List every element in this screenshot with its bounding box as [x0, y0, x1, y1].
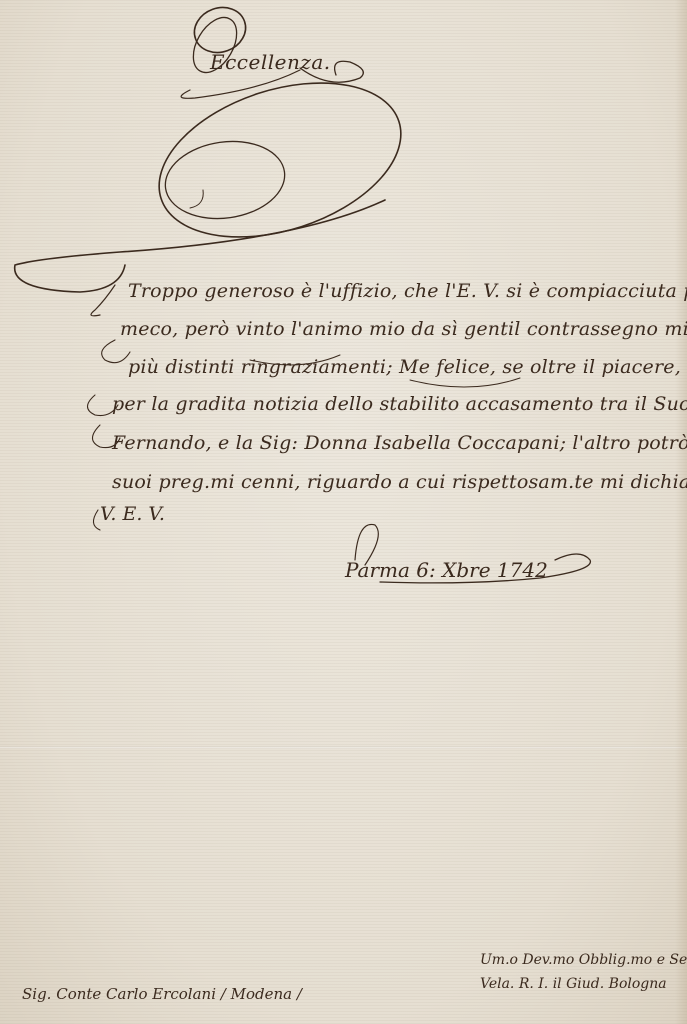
body-line-2: meco, però vinto l'animo mio da sì genti…	[120, 318, 687, 340]
body-line-1: Troppo generoso è l'uffizio, che l'E. V.…	[128, 280, 687, 302]
dateline: Parma 6: Xbre 1742	[345, 558, 548, 582]
signature-line-2: Vela. R. I. il Giud. Bologna	[480, 972, 687, 996]
paper-edge-shadow	[675, 0, 687, 1024]
recipient-address: Sig. Conte Carlo Ercolani / Modena /	[22, 985, 302, 1003]
body-line-5: Fernando, e la Sig: Donna Isabella Cocca…	[112, 432, 687, 454]
body-line-4: per la gradita notizia dello stabilito a…	[112, 393, 687, 415]
signature-line-1: Um.o Dev.mo Obblig.mo e Ser.re	[480, 948, 687, 972]
signature-block: Um.o Dev.mo Obblig.mo e Ser.re Vela. R. …	[480, 948, 687, 996]
closing-abbreviation: V. E. V.	[100, 503, 165, 525]
letter-page: Eccellenza. Troppo generoso è l'uffizio,…	[0, 0, 687, 1024]
salutation: Eccellenza.	[210, 50, 331, 74]
fold-crease	[0, 746, 687, 749]
body-line-3: più distinti ringraziamenti; Me felice, …	[128, 356, 687, 378]
body-line-6: suoi preg.mi cenni, riguardo a cui rispe…	[112, 471, 687, 493]
